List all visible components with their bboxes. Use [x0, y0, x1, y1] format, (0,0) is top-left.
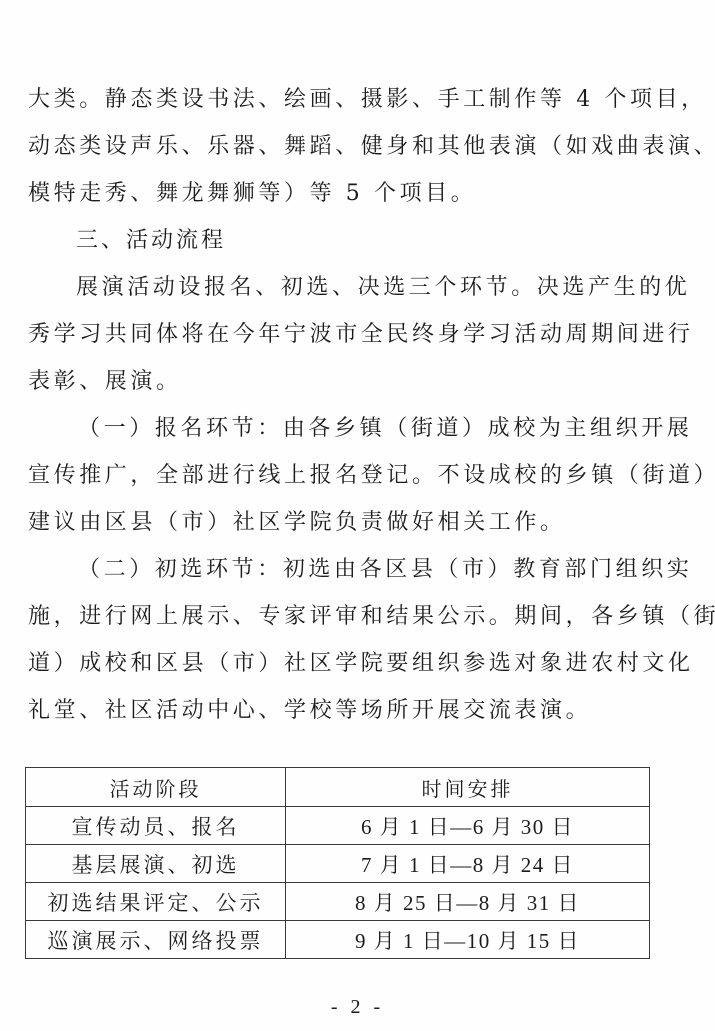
page-number: - 2 -: [0, 996, 715, 1019]
stage-2-paragraph: （二）初选环节：初选由各区县（市）教育部门组织实: [78, 556, 692, 584]
body-line: 大类。静态类设书法、绘画、摄影、手工制作等 4 个项目，: [28, 86, 707, 114]
body-line: 动态类设声乐、乐器、舞蹈、健身和其他表演（如戏曲表演、: [28, 133, 715, 161]
stage-cell: 宣传动员、报名: [26, 807, 286, 845]
body-line: 施，进行网上展示、专家评审和结果公示。期间，各乡镇（街: [28, 603, 715, 631]
body-line: 宣传推广，全部进行线上报名登记。不设成校的乡镇（街道）: [28, 462, 715, 490]
stage-cell: 初选结果评定、公示: [26, 883, 286, 921]
section-heading: 三、活动流程: [76, 227, 226, 255]
stage-cell: 基层展演、初选: [26, 845, 286, 883]
body-line: 道）成校和区县（市）社区学院要组织参选对象进农村文化: [28, 650, 694, 678]
time-cell: 6 月 1 日—6 月 30 日: [286, 807, 650, 845]
table-row: 基层展演、初选 7 月 1 日—8 月 24 日: [26, 845, 650, 883]
body-line: 礼堂、社区活动中心、学校等场所开展交流表演。: [28, 697, 591, 725]
document-page: 大类。静态类设书法、绘画、摄影、手工制作等 4 个项目， 动态类设声乐、乐器、舞…: [0, 0, 715, 1031]
body-line: 秀学习共同体将在今年宁波市全民终身学习活动周期间进行: [28, 321, 694, 349]
table-header-row: 活动阶段 时间安排: [26, 768, 650, 807]
body-line: 表彰、展演。: [28, 368, 182, 396]
column-header-stage: 活动阶段: [26, 768, 286, 807]
body-text: 初选由各区县（市）教育部门组织实: [283, 557, 693, 582]
stage-2-label: （二）初选环节：: [78, 557, 283, 582]
time-cell: 9 月 1 日—10 月 15 日: [286, 921, 650, 959]
column-header-time: 时间安排: [286, 768, 650, 807]
time-cell: 7 月 1 日—8 月 24 日: [286, 845, 650, 883]
table-row: 宣传动员、报名 6 月 1 日—6 月 30 日: [26, 807, 650, 845]
schedule-table: 活动阶段 时间安排 宣传动员、报名 6 月 1 日—6 月 30 日 基层展演、…: [25, 767, 650, 959]
stage-1-label: （一）报名环节：: [78, 416, 283, 441]
body-line: 展演活动设报名、初选、决选三个环节。决选产生的优: [76, 274, 690, 302]
time-cell: 8 月 25 日—8 月 31 日: [286, 883, 650, 921]
body-line: 模特走秀、舞龙舞狮等）等 5 个项目。: [28, 180, 476, 208]
stage-cell: 巡演展示、网络投票: [26, 921, 286, 959]
stage-1-paragraph: （一）报名环节：由各乡镇（街道）成校为主组织开展: [78, 415, 692, 443]
table-row: 初选结果评定、公示 8 月 25 日—8 月 31 日: [26, 883, 650, 921]
body-text: 由各乡镇（街道）成校为主组织开展: [283, 416, 693, 441]
body-line: 建议由区县（市）社区学院负责做好相关工作。: [28, 509, 566, 537]
table-row: 巡演展示、网络投票 9 月 1 日—10 月 15 日: [26, 921, 650, 959]
